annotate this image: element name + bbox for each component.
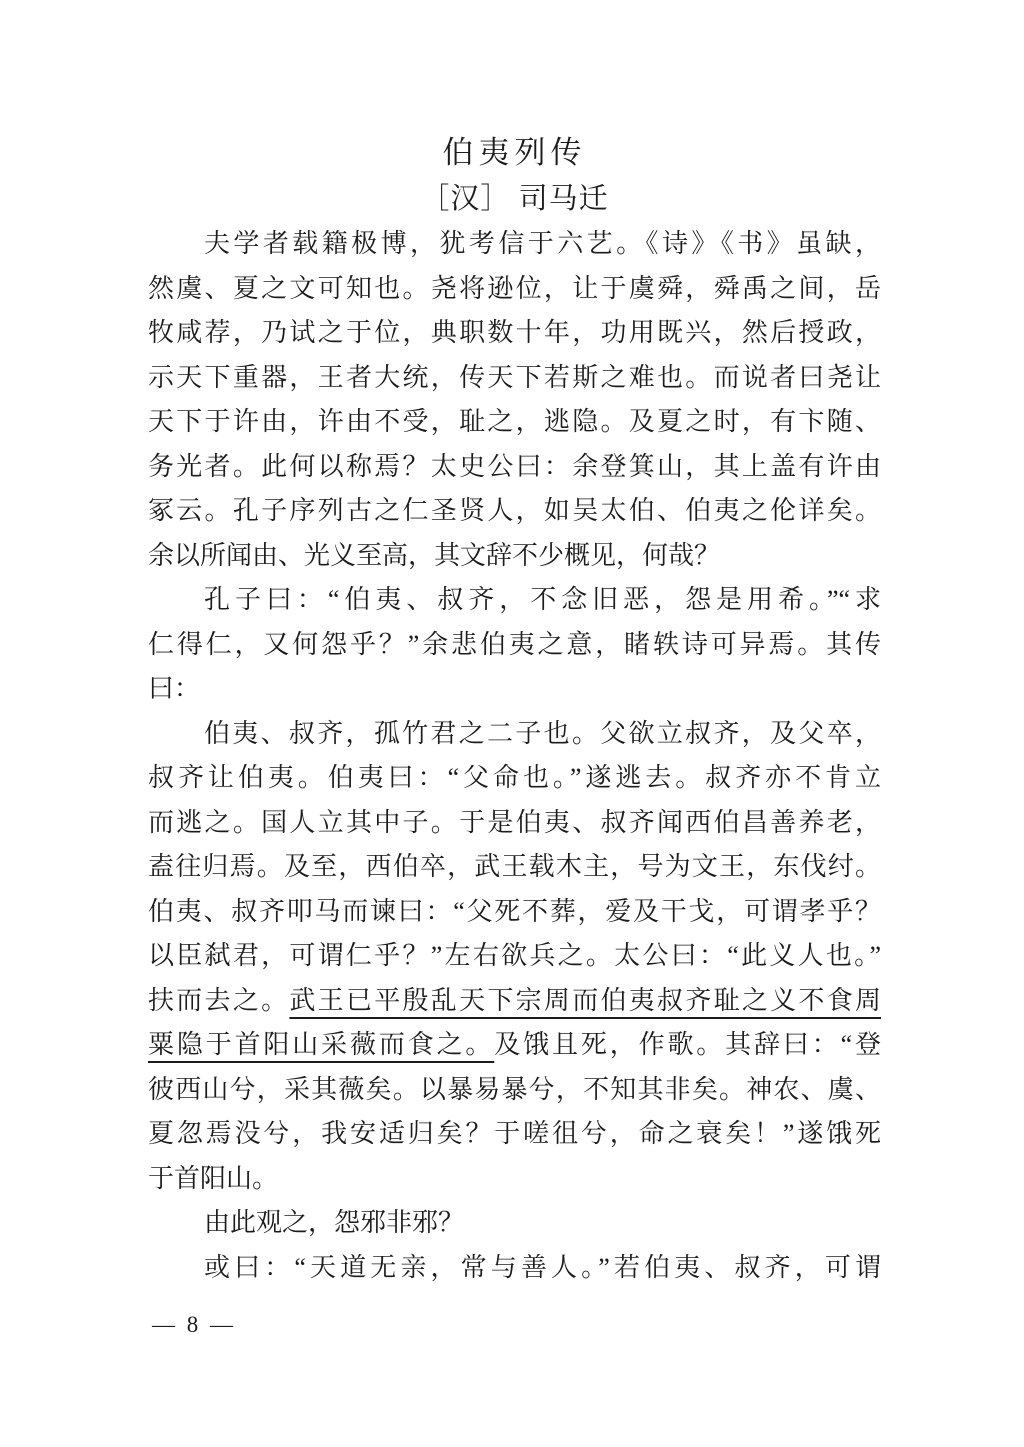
text-segment: 扶而去之。 [148,986,289,1015]
text-segment: 夏忽焉没兮，我安适归矣？于嗟徂兮，命之衰矣！”遂饿死 [148,1119,881,1148]
text-segment: 伯夷、叔齐叩马而谏曰：“父死不葬，爱及干戈，可谓孝乎？ [148,897,881,926]
text-line: 然虞、夏之文可知也。尧将逊位，让于虞舜，舜禹之间，岳 [148,267,881,312]
text-segment: 及饿且死，作歌。其辞曰：“登 [494,1030,881,1059]
text-segment: 或曰：“天道无亲，常与善人。”若伯夷、叔齐，可谓 [204,1253,881,1282]
text-line: 牧咸荐，乃试之于位，典职数十年，功用既兴，然后授政， [148,311,881,356]
text-segment: 孔子曰：“伯夷、叔齐，不念旧恶，怨是用希。”“求 [204,585,881,614]
text-line: 曰： [148,667,881,712]
text-line: 盍往归焉。及至，西伯卒，武王载木主，号为文王，东伐纣。 [148,845,881,890]
text-segment: 伯夷、叔齐，孤竹君之二子也。父欲立叔齐，及父卒， [204,719,881,748]
document-body: 夫学者载籍极博，犹考信于六艺。《诗》《书》虽缺，然虞、夏之文可知也。尧将逊位，让… [148,222,881,1290]
text-segment: 仁得仁，又何怨乎？”余悲伯夷之意，睹轶诗可异焉。其传 [148,630,881,659]
text-segment: 务光者。此何以称焉？太史公曰：余登箕山，其上盖有许由 [148,452,881,481]
text-line: 伯夷、叔齐，孤竹君之二子也。父欲立叔齐，及父卒， [148,712,881,757]
text-segment: 余以所闻由、光义至高，其文辞不少概见，何哉？ [148,541,720,570]
text-line: 示天下重器，王者大统，传天下若斯之难也。而说者曰尧让 [148,356,881,401]
underlined-segment: 武王已平殷乱天下宗周而伯夷叔齐耻之义不食周 [289,986,881,1015]
document-title: 伯夷列传 [148,130,881,176]
text-line: 余以所闻由、光义至高，其文辞不少概见，何哉？ [148,534,881,579]
author-line: ［汉］ 司马迁 [148,176,881,222]
text-line: 或曰：“天道无亲，常与善人。”若伯夷、叔齐，可谓 [148,1246,881,1291]
text-line: 夫学者载籍极博，犹考信于六艺。《诗》《书》虽缺， [148,222,881,267]
text-segment: 叔齐让伯夷。伯夷曰：“父命也。”遂逃去。叔齐亦不肯立 [148,763,881,792]
text-line: 夏忽焉没兮，我安适归矣？于嗟徂兮，命之衰矣！”遂饿死 [148,1112,881,1157]
text-line: 而逃之。国人立其中子。于是伯夷、叔齐闻西伯昌善养老， [148,801,881,846]
text-segment: 然虞、夏之文可知也。尧将逊位，让于虞舜，舜禹之间，岳 [148,274,881,303]
text-segment: 牧咸荐，乃试之于位，典职数十年，功用既兴，然后授政， [148,318,881,347]
text-line: 扶而去之。武王已平殷乱天下宗周而伯夷叔齐耻之义不食周 [148,979,881,1024]
text-line: 叔齐让伯夷。伯夷曰：“父命也。”遂逃去。叔齐亦不肯立 [148,756,881,801]
text-line: 由此观之，怨邪非邪？ [148,1201,881,1246]
text-segment: 夫学者载籍极博，犹考信于六艺。《诗》《书》虽缺， [204,229,881,258]
text-line: 于首阳山。 [148,1157,881,1202]
text-line: 伯夷、叔齐叩马而谏曰：“父死不葬，爱及干戈，可谓孝乎？ [148,890,881,935]
text-segment: 而逃之。国人立其中子。于是伯夷、叔齐闻西伯昌善养老， [148,808,881,837]
text-segment: 示天下重器，王者大统，传天下若斯之难也。而说者曰尧让 [148,363,881,392]
text-line: 彼西山兮，采其薇矣。以暴易暴兮，不知其非矣。神农、虞、 [148,1068,881,1113]
text-line: 以臣弑君，可谓仁乎？”左右欲兵之。太公曰：“此义人也。” [148,934,881,979]
text-line: 务光者。此何以称焉？太史公曰：余登箕山，其上盖有许由 [148,445,881,490]
text-segment: 由此观之，怨邪非邪？ [204,1208,464,1237]
text-line: 孔子曰：“伯夷、叔齐，不念旧恶，怨是用希。”“求 [148,578,881,623]
text-segment: 彼西山兮，采其薇矣。以暴易暴兮，不知其非矣。神农、虞、 [148,1075,881,1104]
text-segment: 于首阳山。 [148,1164,278,1193]
document-page: 伯夷列传 ［汉］ 司马迁 夫学者载籍极博，犹考信于六艺。《诗》《书》虽缺，然虞、… [0,0,1024,1447]
text-segment: 曰： [148,674,200,703]
underlined-segment: 粟隐于首阳山采薇而食之。 [148,1030,494,1059]
text-segment: 冢云。孔子序列古之仁圣贤人，如吴太伯、伯夷之伦详矣。 [148,496,881,525]
text-line: 粟隐于首阳山采薇而食之。及饿且死，作歌。其辞曰：“登 [148,1023,881,1068]
text-line: 冢云。孔子序列古之仁圣贤人，如吴太伯、伯夷之伦详矣。 [148,489,881,534]
text-segment: 天下于许由，许由不受，耻之，逃隐。及夏之时，有卞随、 [148,407,881,436]
page-number: — 8 — [152,1312,236,1338]
text-segment: 以臣弑君，可谓仁乎？”左右欲兵之。太公曰：“此义人也。” [148,941,881,970]
text-column: 伯夷列传 ［汉］ 司马迁 夫学者载籍极博，犹考信于六艺。《诗》《书》虽缺，然虞、… [148,130,881,1290]
text-segment: 盍往归焉。及至，西伯卒，武王载木主，号为文王，东伐纣。 [148,852,881,881]
text-line: 天下于许由，许由不受，耻之，逃隐。及夏之时，有卞随、 [148,400,881,445]
text-line: 仁得仁，又何怨乎？”余悲伯夷之意，睹轶诗可异焉。其传 [148,623,881,668]
